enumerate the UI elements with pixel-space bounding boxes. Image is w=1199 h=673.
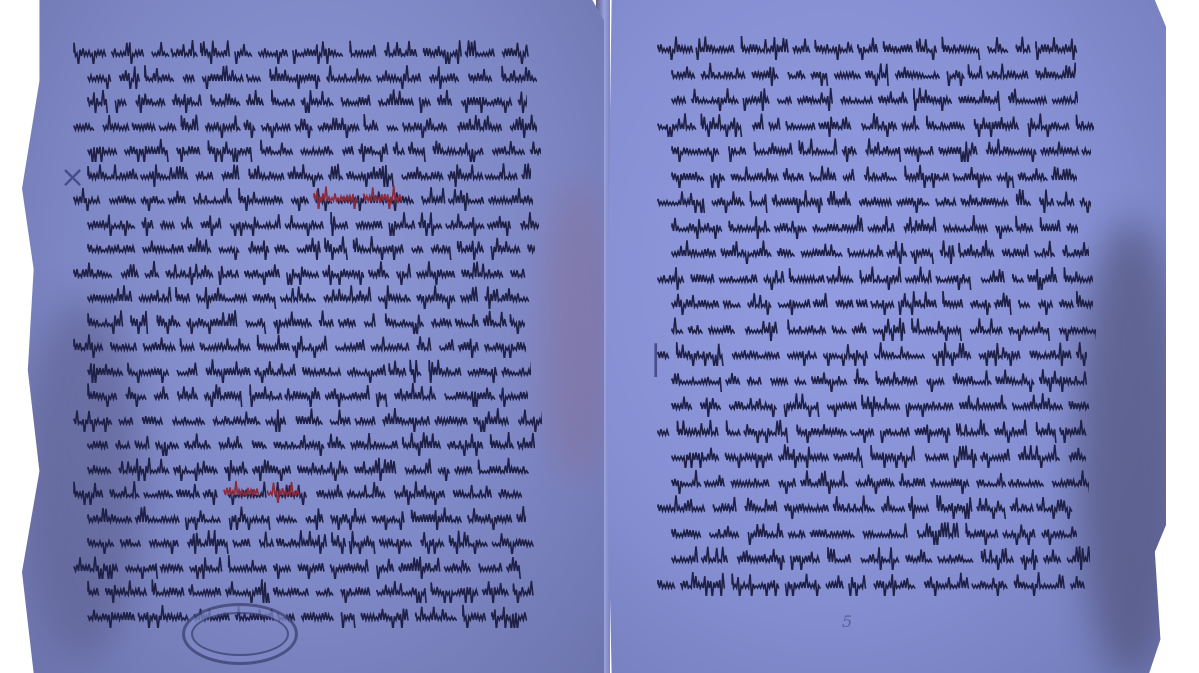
script-line (72, 259, 530, 285)
rubric-red-text (222, 477, 302, 503)
library-stamp (182, 603, 298, 665)
script-line (670, 213, 1078, 239)
script-line (656, 493, 1083, 519)
left-manuscript-page: × (22, 0, 604, 673)
script-line (86, 602, 529, 628)
script-line (72, 38, 532, 64)
script-line (656, 340, 1087, 366)
script-line (670, 519, 1077, 545)
script-line (656, 264, 1093, 290)
script-line (656, 111, 1094, 137)
script-line (670, 544, 1090, 570)
script-line (670, 60, 1076, 86)
script-line (86, 210, 539, 236)
script-line (72, 332, 526, 358)
script-line (656, 417, 1088, 443)
script-line (670, 315, 1096, 341)
script-line (670, 136, 1091, 162)
script-line (86, 136, 541, 162)
script-line (86, 308, 525, 334)
script-line (670, 162, 1077, 188)
script-line (86, 430, 535, 456)
script-line (86, 577, 539, 603)
script-line (86, 455, 536, 481)
script-line (670, 238, 1089, 264)
margin-mark: × (60, 160, 85, 195)
script-line (86, 283, 533, 309)
rubric-red-text (312, 183, 402, 209)
script-line (656, 570, 1088, 596)
script-line (72, 553, 525, 579)
script-line (72, 406, 542, 432)
script-line (670, 85, 1078, 111)
margin-mark: | (650, 338, 661, 378)
script-line (656, 187, 1091, 213)
script-line (86, 161, 531, 187)
script-line (86, 357, 531, 383)
folio-number: 5 (842, 612, 852, 631)
script-line (670, 468, 1089, 494)
script-line (670, 366, 1089, 392)
script-line (86, 381, 528, 407)
script-line (86, 528, 538, 554)
script-line (86, 87, 527, 113)
script-line (86, 63, 537, 89)
script-line (656, 34, 1081, 60)
script-line (72, 112, 537, 138)
script-line (86, 504, 526, 530)
script-line (670, 442, 1086, 468)
script-line (670, 391, 1089, 417)
right-manuscript-page: | 5 (606, 0, 1166, 673)
script-line (670, 289, 1093, 315)
edge-stain (542, 180, 604, 480)
script-line (72, 185, 533, 211)
script-line (86, 234, 535, 260)
